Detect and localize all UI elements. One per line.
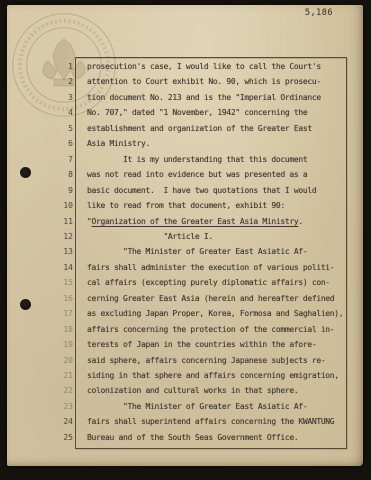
text-segment: prosecution's case, I would like to call… — [87, 62, 321, 71]
text-segment: establishment and organization of the Gr… — [87, 124, 312, 133]
paper-sheet: 5,186 1234567891011121314151617181920212… — [7, 5, 363, 466]
text-segment: Asia Ministry. — [87, 139, 150, 148]
text-segment: cerning Greater East Asia (herein and he… — [87, 294, 334, 303]
text-segment: said sphere, affairs concerning Japanese… — [87, 356, 325, 365]
text-segment: as excluding Japan Proper, Korea, Formos… — [87, 309, 343, 318]
punch-hole-bottom — [20, 299, 31, 310]
text-segment: "Article I. — [87, 232, 213, 241]
text-segment: "The Minister of Greater East Asiatic Af… — [87, 247, 307, 256]
transcript-line: Bureau and of the South Seas Government … — [87, 433, 298, 448]
line-number: 5 — [68, 124, 73, 139]
line-number: 20 — [63, 356, 73, 371]
transcript-line: "The Minister of Greater East Asiatic Af… — [87, 402, 307, 417]
transcript-line: as excluding Japan Proper, Korea, Formos… — [87, 309, 343, 324]
transcript-line: terests of Japan in the countries within… — [87, 340, 316, 355]
line-number: 1 — [68, 62, 73, 77]
transcript-line: fairs shall administer the execution of … — [87, 263, 334, 278]
text-segment: fairs shall superintend affairs concerni… — [87, 417, 334, 426]
transcript-line: It is my understanding that this documen… — [87, 155, 307, 170]
line-number: 18 — [63, 325, 73, 340]
scanned-transcript-page: 5,186 1234567891011121314151617181920212… — [0, 0, 371, 480]
text-segment: fairs shall administer the execution of … — [87, 263, 334, 272]
line-number: 10 — [63, 201, 73, 216]
transcript-line: affairs concerning the protection of the… — [87, 325, 334, 340]
transcript-line: Asia Ministry. — [87, 139, 150, 154]
transcript-line: cerning Greater East Asia (herein and he… — [87, 294, 334, 309]
page-number: 5,186 — [305, 8, 333, 18]
transcript-line: tion document No. 213 and is the "Imperi… — [87, 93, 321, 108]
transcript-line: establishment and organization of the Gr… — [87, 124, 312, 139]
transcript-line: prosecution's case, I would like to call… — [87, 62, 321, 77]
text-segment: tion document No. 213 and is the "Imperi… — [87, 93, 321, 102]
transcript-line: like to read from that document, exhibit… — [87, 201, 285, 216]
text-segment: "The Minister of Greater East Asiatic Af… — [87, 402, 307, 411]
transcript-line: No. 707," dated "1 November, 1942" conce… — [87, 108, 307, 123]
text-segment: affairs concerning the protection of the… — [87, 325, 334, 334]
line-number: 4 — [68, 108, 73, 123]
transcript-line: siding in that sphere and affairs concer… — [87, 371, 339, 386]
transcript-line: "Organization of the Greater East Asia M… — [87, 217, 303, 232]
text-segment: It is my understanding that this documen… — [87, 155, 307, 164]
text-segment: was not read into evidence but was prese… — [87, 170, 307, 179]
text-segment: Bureau and of the South Seas Government … — [87, 433, 298, 442]
text-segment: like to read from that document, exhibit… — [87, 201, 285, 210]
text-segment: No. 707," dated "1 November, 1942" conce… — [87, 108, 307, 117]
transcript-line: fairs shall superintend affairs concerni… — [87, 417, 334, 432]
transcript-line: said sphere, affairs concerning Japanese… — [87, 356, 325, 371]
transcript-line: attention to Court exhibit No. 90, which… — [87, 77, 321, 92]
line-number: 7 — [68, 155, 73, 170]
text-segment: terests of Japan in the countries within… — [87, 340, 316, 349]
line-number: 19 — [63, 340, 73, 355]
line-number: 14 — [63, 263, 73, 278]
text-segment: siding in that sphere and affairs concer… — [87, 371, 339, 380]
underlined-text-segment: Organization of the Greater East Asia Mi… — [92, 217, 299, 226]
line-number: 6 — [68, 139, 73, 154]
line-number: 16 — [63, 294, 73, 309]
text-segment: basic document. I have two quotations th… — [87, 186, 316, 195]
transcript-line: basic document. I have two quotations th… — [87, 186, 316, 201]
line-number: 25 — [63, 433, 73, 448]
line-number: 23 — [63, 402, 73, 417]
line-number: 17 — [63, 309, 73, 324]
text-segment: . — [298, 217, 303, 226]
line-number: 21 — [63, 371, 73, 386]
line-number: 9 — [68, 186, 73, 201]
transcript-line: cal affairs (excepting purely diplomatic… — [87, 278, 330, 293]
line-number: 3 — [68, 93, 73, 108]
transcript-line: "Article I. — [87, 232, 213, 247]
text-segment: colonization and cultural works in that … — [87, 386, 298, 395]
line-number: 13 — [63, 247, 73, 262]
line-number: 15 — [63, 278, 73, 293]
punch-hole-top — [20, 167, 31, 178]
line-number: 24 — [63, 417, 73, 432]
transcript-line: "The Minister of Greater East Asiatic Af… — [87, 247, 307, 262]
line-number: 2 — [68, 77, 73, 92]
line-number: 22 — [63, 386, 73, 401]
transcript-line: colonization and cultural works in that … — [87, 386, 298, 401]
line-number: 12 — [63, 232, 73, 247]
text-segment: attention to Court exhibit No. 90, which… — [87, 77, 321, 86]
transcript-line: was not read into evidence but was prese… — [87, 170, 307, 185]
text-segment: cal affairs (excepting purely diplomatic… — [87, 278, 330, 287]
line-number: 8 — [68, 170, 73, 185]
line-number: 11 — [63, 217, 73, 232]
